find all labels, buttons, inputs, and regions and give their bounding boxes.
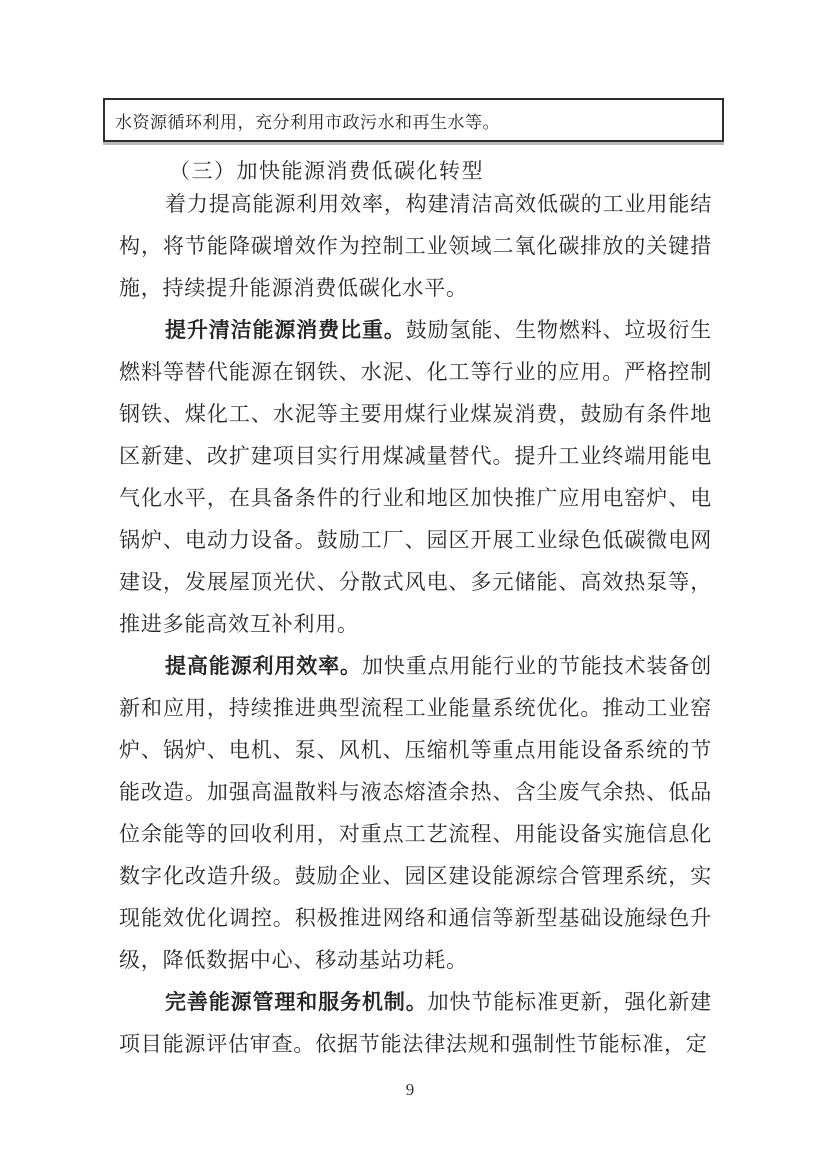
paragraph: 提升清洁能源消费比重。鼓励氢能、生物燃料、垃圾衍生燃料等替代能源在钢铁、水泥、化…: [119, 309, 712, 645]
callout-box: 水资源循环利用，充分利用市政污水和再生水等。: [103, 98, 724, 142]
document-page: 水资源循环利用，充分利用市政污水和再生水等。 （三）加快能源消费低碳化转型 着力…: [0, 0, 826, 1169]
paragraph-text: 着力提高能源利用效率，构建清洁高效低碳的工业用能结构，将节能降碳增效作为控制工业…: [119, 192, 712, 300]
paragraph-lead: 提高能源利用效率。: [165, 654, 362, 678]
page-number: 9: [0, 1080, 820, 1100]
paragraph-text: 鼓励氢能、生物燃料、垃圾衍生燃料等替代能源在钢铁、水泥、化工等行业的应用。严格控…: [119, 318, 712, 636]
paragraph-lead: 提升清洁能源消费比重。: [165, 318, 406, 342]
paragraph: 着力提高能源利用效率，构建清洁高效低碳的工业用能结构，将节能降碳增效作为控制工业…: [119, 183, 712, 309]
paragraph-lead: 完善能源管理和服务机制。: [165, 990, 428, 1014]
document-body: （三）加快能源消费低碳化转型 着力提高能源利用效率，构建清洁高效低碳的工业用能结…: [119, 150, 712, 1065]
paragraph-text: 加快重点用能行业的节能技术装备创新和应用，持续推进典型流程工业能量系统优化。推动…: [119, 654, 712, 972]
paragraph: 完善能源管理和服务机制。加快节能标准更新，强化新建项目能源评估审查。依据节能法律…: [119, 981, 712, 1065]
paragraph: 提高能源利用效率。加快重点用能行业的节能技术装备创新和应用，持续推进典型流程工业…: [119, 645, 712, 981]
callout-text: 水资源循环利用，充分利用市政污水和再生水等。: [115, 108, 500, 133]
